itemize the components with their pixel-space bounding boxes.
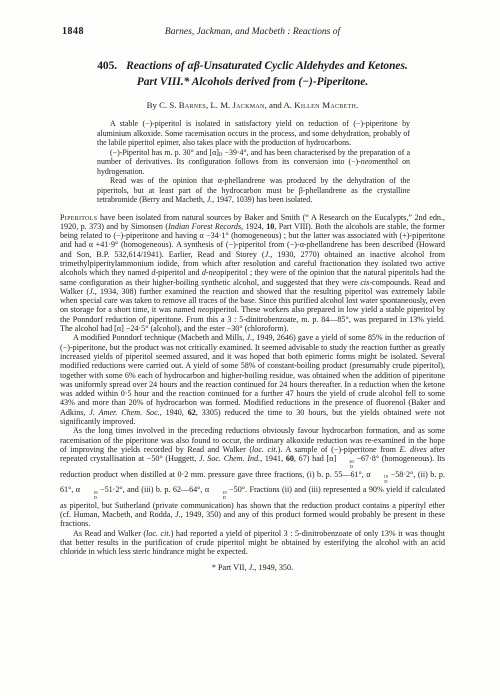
abstract-paragraph: A stable (−)-piperitol is isolated in sa… (97, 119, 410, 148)
article-title-block: 405.Reactions of αβ-Unsaturated Cyclic A… (60, 59, 445, 90)
title-text-1: Reactions of αβ-Unsaturated Cyclic Aldeh… (126, 60, 408, 72)
page-header: 1848 Barnes, Jackman, and Macbeth : Reac… (60, 26, 445, 38)
article-number: 405. (97, 60, 117, 72)
abstract-paragraph: (−)-Piperitol has m. p. 30° and [α]D −39… (97, 148, 410, 177)
title-line-1: 405.Reactions of αβ-Unsaturated Cyclic A… (60, 59, 445, 75)
title-line-2: Part VIII.* Alcohols derived from (−)-Pi… (60, 75, 445, 91)
running-head: Barnes, Jackman, and Macbeth : Reactions… (165, 27, 340, 37)
body-paragraph: A modified Ponndorf technique (Macbeth a… (60, 333, 445, 426)
body-paragraph: Piperitols have been isolated from natur… (60, 213, 445, 334)
footnote: * Part VII, J., 1949, 350. (60, 563, 445, 573)
abstract-paragraph: Read was of the opinion that α-phellandr… (97, 176, 410, 205)
article-body: Piperitols have been isolated from natur… (60, 213, 445, 557)
journal-page: 1848 Barnes, Jackman, and Macbeth : Reac… (0, 0, 500, 696)
abstract: A stable (−)-piperitol is isolated in sa… (97, 119, 410, 205)
byline: By C. S. Barnes, L. M. Jackman, and A. K… (60, 100, 445, 111)
page-number: 1848 (62, 26, 84, 38)
body-paragraph: As Read and Walker (loc. cit.) had repor… (60, 529, 445, 557)
body-paragraph: As the long times involved in the preced… (60, 426, 445, 528)
